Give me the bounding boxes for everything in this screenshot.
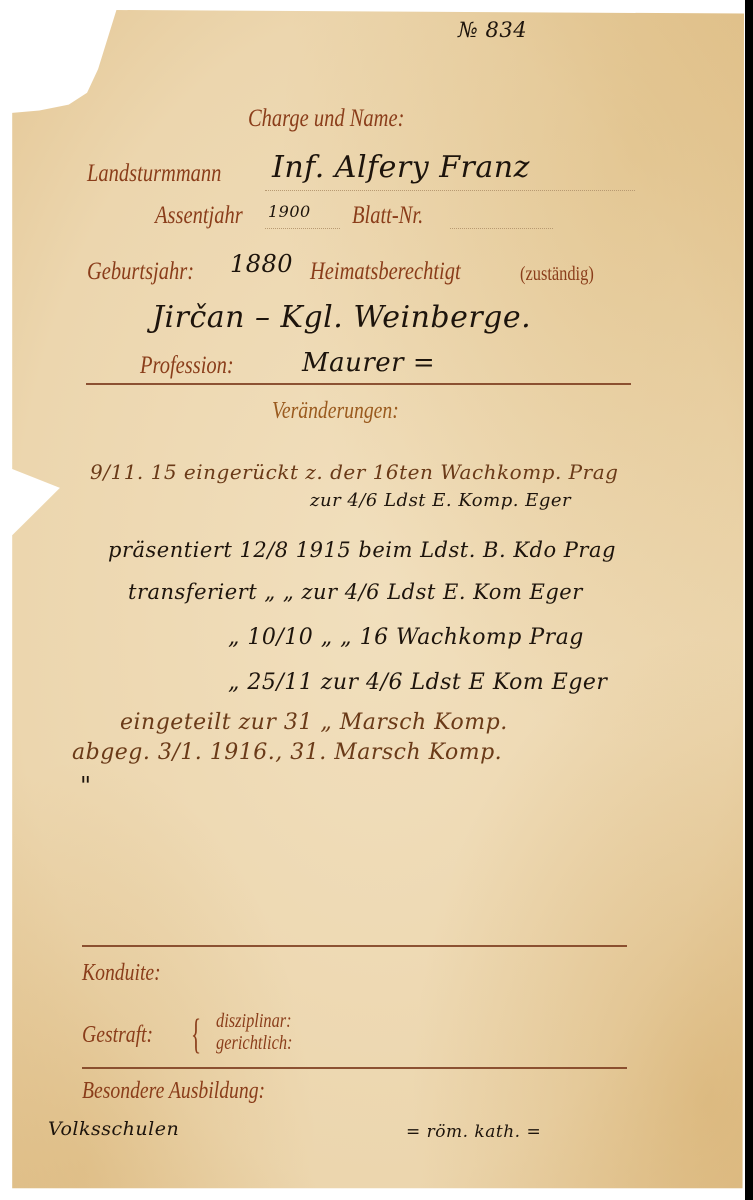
change-entry-3: präsentiert 12/8 1915 beim Ldst. B. Kdo … [108, 538, 616, 562]
charge-und-name-label: Charge und Name: [248, 105, 404, 133]
disziplinar-label: disziplinar: [216, 1010, 292, 1033]
assentjahr-value: 1900 [268, 202, 311, 221]
change-entry-6: „ 25/11 zur 4/6 Ldst E Kom Eger [228, 670, 607, 695]
gestraft-label: Gestraft: [82, 1022, 153, 1049]
change-entry-4: transferiert „ „ zur 4/6 Ldst E. Kom Ege… [128, 580, 583, 604]
change-entry-1: 9/11. 15 eingerückt z. der 16ten Wachkom… [90, 460, 618, 484]
blatt-nr-label: Blatt-Nr. [352, 202, 423, 230]
change-entry-8: abgeg. 3/1. 1916., 31. Marsch Komp. [72, 740, 502, 765]
record-card: № 834 Charge und Name: Landsturmmann Inf… [10, 10, 744, 1193]
name-dotted-line [265, 190, 635, 191]
geburtsjahr-value: 1880 [230, 250, 293, 278]
change-entry-5: „ 10/10 „ „ 16 Wachkomp Prag [228, 625, 584, 650]
heimat-value: Jirčan – Kgl. Weinberge. [152, 300, 531, 335]
konduite-label: Konduite: [82, 960, 161, 987]
gestraft-brace: { [191, 1014, 201, 1056]
heimatsberechtigt-label: Heimatsberechtigt [310, 258, 461, 286]
profession-label: Profession: [140, 352, 234, 380]
blatt-nr-dotted-line [450, 228, 553, 229]
zustaendig-label: (zuständig) [520, 263, 594, 286]
change-entry-7: eingeteilt zur 31 „ Marsch Komp. [120, 710, 508, 735]
section-divider [86, 383, 631, 385]
gestraft-divider [82, 1067, 627, 1069]
document-number: № 834 [458, 18, 527, 42]
geburtsjahr-label: Geburtsjahr: [87, 258, 194, 286]
ditto-mark: " [80, 772, 92, 800]
assentjahr-label: Assentjahr [155, 202, 243, 230]
gerichtlich-label: gerichtlich: [216, 1032, 293, 1055]
name-value: Inf. Alfery Franz [272, 150, 530, 185]
veraenderungen-label: Veränderungen: [272, 398, 399, 425]
konduite-divider [82, 945, 627, 947]
religion-value: = röm. kath. = [406, 1122, 541, 1142]
assentjahr-dotted-line [265, 228, 340, 229]
landsturmmann-label: Landsturmmann [87, 160, 221, 188]
scan-edge [745, 0, 753, 1200]
education-value: Volksschulen [48, 1118, 179, 1140]
profession-value: Maurer = [302, 348, 435, 378]
change-entry-2: zur 4/6 Ldst E. Komp. Eger [310, 490, 571, 511]
besondere-ausbildung-label: Besondere Ausbildung: [82, 1078, 265, 1105]
